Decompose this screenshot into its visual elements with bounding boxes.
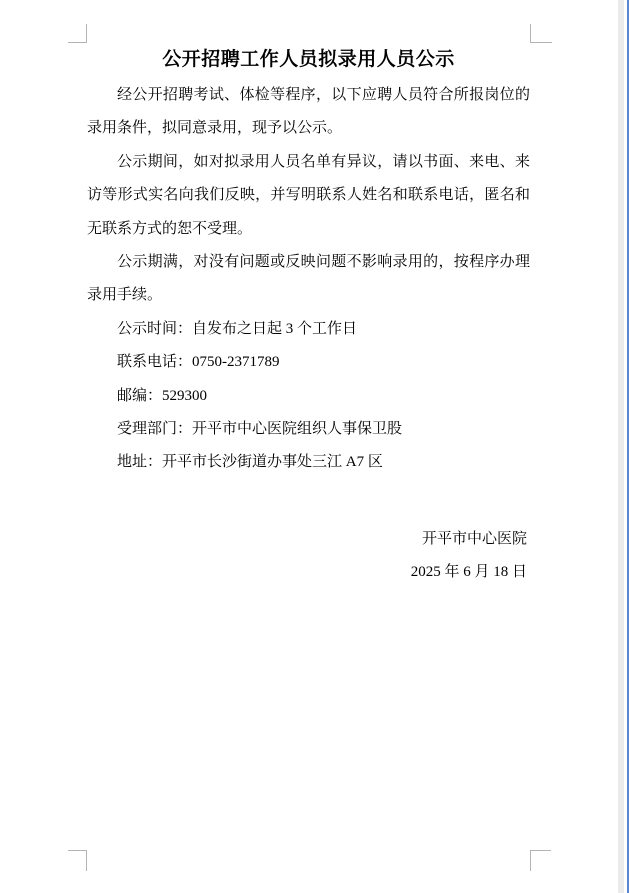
margin-mark-bottom-right: [530, 850, 551, 871]
info-line-department: 受理部门：开平市中心医院组织人事保卫股: [87, 413, 530, 446]
info-line-public-time: 公示时间：自发布之日起 3 个工作日: [87, 313, 530, 346]
signature-org: 开平市中心医院: [87, 523, 527, 556]
info-line-postcode: 邮编：529300: [87, 380, 530, 413]
paragraph-intro: 经公开招聘考试、体检等程序，以下应聘人员符合所报岗位的录用条件，拟同意录用，现予…: [87, 79, 530, 146]
margin-mark-top-right: [530, 24, 552, 43]
info-line-address: 地址：开平市长沙街道办事处三江 A7 区: [87, 446, 530, 479]
document-body: 公开招聘工作人员拟录用人员公示 经公开招聘考试、体检等程序，以下应聘人员符合所报…: [87, 40, 530, 590]
scrollbar-track[interactable]: [618, 0, 624, 893]
signature-block: 开平市中心医院 2025 年 6 月 18 日: [87, 523, 530, 590]
paragraph-procedure: 公示期满，对没有问题或反映问题不影响录用的，按程序办理录用手续。: [87, 246, 530, 313]
window-border: [627, 0, 629, 893]
paragraph-objection: 公示期间，如对拟录用人员名单有异议，请以书面、来电、来访等形式实名向我们反映，并…: [87, 146, 530, 246]
document-title: 公开招聘工作人员拟录用人员公示: [87, 40, 530, 79]
info-line-phone: 联系电话：0750-2371789: [87, 346, 530, 379]
document-page: { "colors": { "accent_blue": "#5b87d0", …: [0, 0, 630, 893]
signature-date: 2025 年 6 月 18 日: [87, 556, 527, 589]
margin-mark-top-left: [68, 24, 87, 43]
page-background: 公开招聘工作人员拟录用人员公示 经公开招聘考试、体检等程序，以下应聘人员符合所报…: [0, 0, 630, 893]
margin-mark-bottom-left: [68, 850, 87, 871]
